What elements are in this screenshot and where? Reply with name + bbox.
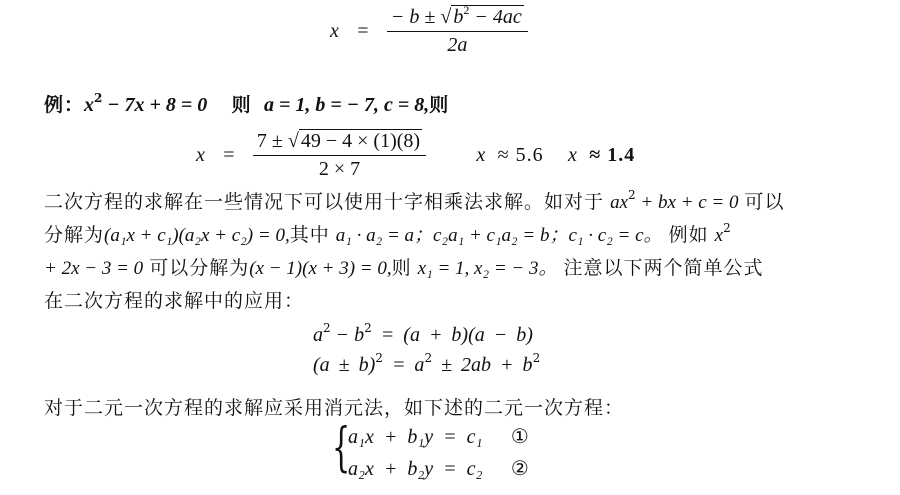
identity1-exp2: 2 [364,321,372,335]
paragraph1-line3-then: 则 [392,257,412,279]
paragraph1-line1: 二次方程的求解在一些情况下可以使用十字相乘法求解。如对于 ax2 + bx + … [44,187,785,214]
quadratic-formula: x = − b ± √b2 − 4ac 2a [330,6,528,57]
identity2-lhs: (a ± b) [313,354,375,376]
example-line: 例：x2 − 7x + 8 = 0 则 a = 1, b = − 7, c = … [44,90,449,117]
solution-equals: = [223,144,234,166]
sqrt-symbol: √b2 − 4ac [440,6,523,29]
formula-lhs: x [330,20,339,42]
paragraph1-line2-head: 分解为 [44,224,104,246]
identity2-exp: 2 [375,351,383,365]
paragraph1-line3-math1: + 2x − 3 = 0 [44,258,143,279]
identity1-exp1: 2 [323,321,331,335]
paragraph1-line3-math2: (x − 1)(x + 3) = 0, [249,258,391,279]
identity2-mid: = a [383,354,425,376]
paragraph1-line2-tail: 例如 [669,224,709,246]
identity2-exp3: 2 [533,351,541,365]
solution-fraction: 7 ± √49 − 4 × (1)(8) 2 × 7 [253,130,426,181]
formula-numerator-prefix: − b ± [391,6,435,28]
paragraph1-line2: 分解为(a₁x + c₁)(a₂x + c₂) = 0,其中 a₁ · a₂ =… [44,220,731,247]
sqrt-symbol: √49 − 4 × (1)(8) [288,130,422,153]
example-solution: x = 7 ± √49 − 4 × (1)(8) 2 × 7 x ≈ 5.6 x… [196,130,635,181]
system-eq2-text: a₂x + b₂y = c₂ [348,458,482,480]
root2-var: x [568,144,577,166]
paragraph1-line4: 在二次方程的求解中的应用： [44,286,304,313]
radicand-b: b [453,6,463,28]
formula-equals: = [357,20,368,42]
paragraph1-line2-tail-exp: 2 [723,221,731,235]
formula-denominator: 2a [447,32,467,57]
paragraph1-math-rest: + bx + c = 0 [636,192,739,213]
identity2-rhs: ± 2ab + b [432,354,532,376]
solution-denominator: 2 × 7 [319,156,360,181]
example-equation: − 7x + 8 = 0 [102,94,207,116]
identity-difference-of-squares: a2 − b2 = (a + b)(a − b) [313,322,533,347]
paragraph1-line3-math3: x₁ = 1, x₂ = − 3。 [418,258,558,279]
system-equation-1: a₁x + b₁y = c₁ ① [348,424,529,449]
identity1-mid: − b [331,324,365,346]
example-coefficients: a = 1, b = − 7, c = 8, [264,94,429,116]
root1-value: ≈ 5.6 [498,144,544,166]
paragraph1-line2-math1: (a₁x + c₁)(a₂x + c₂) = 0, [104,225,290,246]
identity2-exp2: 2 [424,351,432,365]
paragraph1-line2-mid: 其中 [290,224,330,246]
system-eq1-text: a₁x + b₁y = c₁ [348,426,482,448]
paragraph1-line3-mid: 可以分解为 [149,257,249,279]
solution-radicand: 49 − 4 × (1)(8) [299,129,422,152]
solution-lhs: x [196,144,205,166]
paragraph1-math-exp: 2 [628,188,636,202]
circled-2-icon: ② [511,456,529,480]
root2-value: ≈ 1.4 [589,144,635,166]
example-then-suffix: 则 [429,94,449,116]
radicand-rest: − 4ac [469,6,521,28]
identity1-rhs: = (a + b)(a − b) [372,324,533,346]
circled-1-icon: ① [511,424,529,448]
solution-numerator-prefix: 7 ± [257,130,283,152]
paragraph1-line1-text: 二次方程的求解在一些情况下可以使用十字相乘法求解。如对于 [44,191,604,213]
paragraph1-math-ax: ax [610,192,628,213]
paragraph2-text: 对于二元一次方程的求解应采用消元法，如下述的二元一次方程： [44,397,624,419]
paragraph1-line2-math2: a₁ · a₂ = a；c₂a₁ + c₁a₂ = b；c₁ · c₂ = c。 [336,225,663,246]
identity-square-of-sum: (a ± b)2 = a2 ± 2ab + b2 [313,352,540,377]
identity1-a: a [313,324,323,346]
paragraph1-line2-tail-math: x [715,225,723,246]
system-equation-2: a₂x + b₂y = c₂ ② [348,456,529,481]
formula-fraction: − b ± √b2 − 4ac 2a [387,6,528,57]
paragraph1-line3-tail: 注意以下两个简单公式 [564,257,764,279]
example-x: x [84,94,94,116]
paragraph1-line1-tail: 可以 [745,191,785,213]
example-then-label: 则 [232,94,252,116]
root1-var: x [476,144,485,166]
paragraph1-line4-text: 在二次方程的求解中的应用： [44,290,304,312]
example-label: 例： [44,94,84,116]
paragraph2: 对于二元一次方程的求解应采用消元法，如下述的二元一次方程： [44,393,624,420]
paragraph1-line3: + 2x − 3 = 0 可以分解为(x − 1)(x + 3) = 0,则 x… [44,253,764,280]
